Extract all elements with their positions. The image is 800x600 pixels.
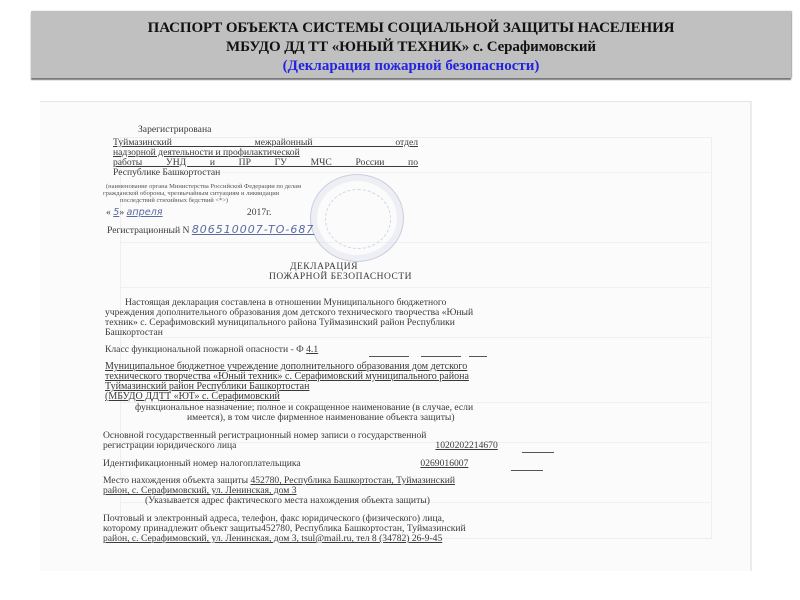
header-subtitle: (Декларация пожарной безопасности) <box>31 57 791 76</box>
registrar-note-line: гражданской обороны, чрезвычайным ситуац… <box>103 190 279 197</box>
official-stamp <box>310 174 404 262</box>
declaration-subtitle: ПОЖАРНОЙ БЕЗОПАСНОСТИ <box>269 272 412 283</box>
ogrn-row: регистрации юридического лица 1020202214… <box>103 441 554 453</box>
registration-date: « 5» апреля 2017г. <box>106 208 271 219</box>
bleed-through-line <box>120 287 710 288</box>
intro-line: Башкортостан <box>105 328 163 339</box>
blank-line <box>511 459 543 471</box>
registrar-note-line: (наименование органа Министерства Россий… <box>106 183 301 190</box>
date-open-quote: « <box>106 207 111 218</box>
org-name-line: (МБУДО ДДТТ «ЮТ» с. Серафимовский <box>105 392 280 403</box>
org-name-note-line: имеется), в том числе фирменное наименов… <box>187 413 455 424</box>
date-close-quote: » <box>119 207 124 218</box>
declaration-title: ДЕКЛАРАЦИЯ <box>290 262 358 273</box>
blank-line <box>469 345 487 357</box>
ogrn-label-line: регистрации юридического лица <box>103 441 433 452</box>
stamp-inner-ring <box>325 189 391 249</box>
date-year: 2017г. <box>247 207 271 218</box>
registration-number-row: Регистрационный N 806510007-TO-687 <box>107 225 397 237</box>
header-title-line2: МБУДО ДД ТТ «ЮНЫЙ ТЕХНИК» с. Серафимовск… <box>31 38 791 57</box>
blank-line <box>421 345 461 357</box>
postal-line: район, с. Серафимовский, ул. Ленинская, … <box>103 534 442 545</box>
reg-number-label: Регистрационный N <box>107 225 189 236</box>
reg-number-value: 806510007-TO-687 <box>192 225 397 236</box>
registered-label: Зарегистрирована <box>138 125 211 136</box>
bleed-through-line <box>120 337 710 338</box>
slide-header: ПАСПОРТ ОБЪЕКТА СИСТЕМЫ СОЦИАЛЬНОЙ ЗАЩИТ… <box>31 11 791 78</box>
blank-line <box>522 441 554 453</box>
fire-class-row: Класс функциональной пожарной опасности … <box>105 345 487 357</box>
date-month: апреля <box>127 208 245 219</box>
blank-line <box>369 345 409 357</box>
ogrn-value: 1020202214670 <box>435 440 497 451</box>
inn-value: 0269016007 <box>420 459 500 470</box>
inn-label: Идентификационный номер налогоплательщик… <box>103 459 418 470</box>
fire-class-value: 4.1 <box>306 345 356 356</box>
inn-row: Идентификационный номер налогоплательщик… <box>103 459 543 471</box>
registrar-line: Республике Башкортостан <box>113 168 220 179</box>
registrar-note-line: последствий стихийных бедствий <*>) <box>120 197 228 204</box>
header-title-line1: ПАСПОРТ ОБЪЕКТА СИСТЕМЫ СОЦИАЛЬНОЙ ЗАЩИТ… <box>31 19 791 38</box>
fire-class-label: Класс функциональной пожарной опасности … <box>105 344 304 355</box>
bleed-through-line <box>120 242 710 243</box>
scanned-declaration-document: Зарегистрирована Туймазинский межрайонны… <box>40 101 752 571</box>
location-note: (Указывается адрес фактического места на… <box>145 496 430 507</box>
